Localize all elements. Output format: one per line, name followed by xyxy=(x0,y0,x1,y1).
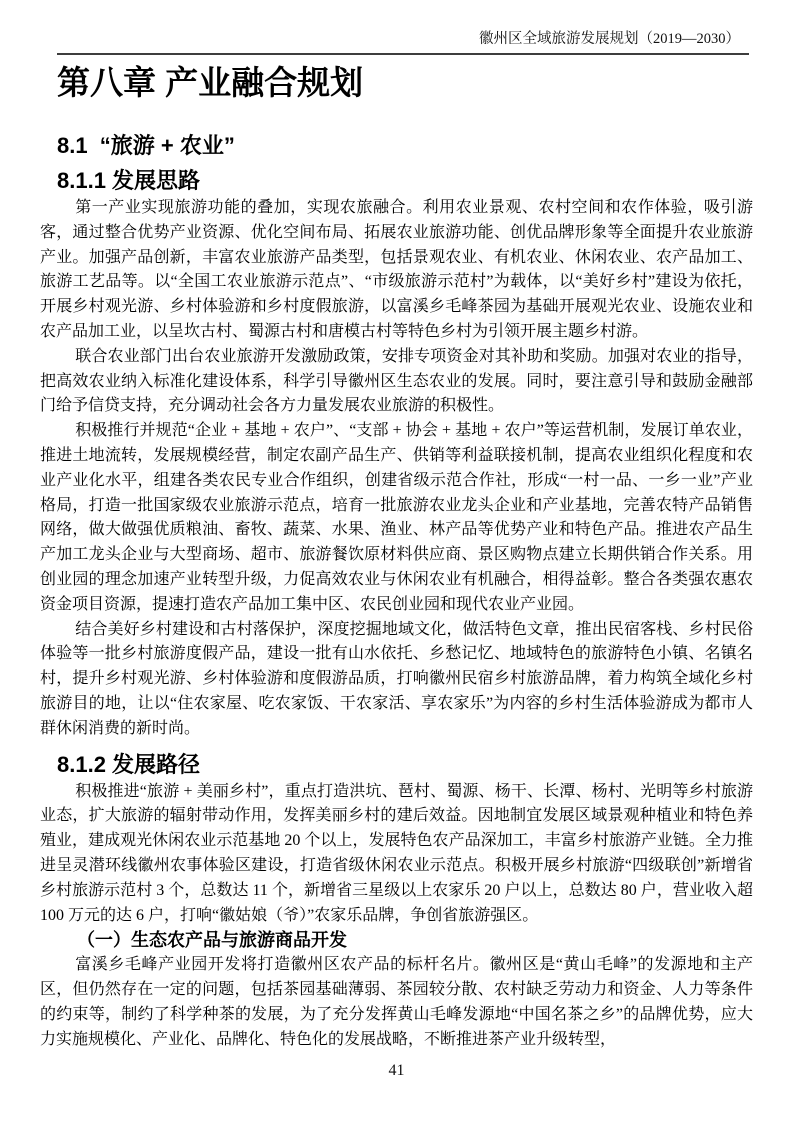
document-page: 徽州区全域旅游发展规划（2019—2030） 第八章 产业融合规划 8.1 “旅… xyxy=(0,0,793,1122)
paragraph-8-1-1-3: 积极推行并规范“企业 + 基地 + 农户”、“支部 + 协会 + 基地 + 农户… xyxy=(40,419,753,617)
section-title-8-1: 8.1 “旅游 + 农业” xyxy=(57,131,753,161)
page-footer: 41 xyxy=(0,1062,793,1080)
page-number: 41 xyxy=(389,1062,405,1079)
paragraph-8-1-1-1: 第一产业实现旅游功能的叠加，实现农旅融合。利用农业景观、农村空间和农作体验，吸引… xyxy=(40,196,753,345)
paragraph-8-1-2-1: 积极推进“旅游 + 美丽乡村”，重点打造洪坑、琶村、蜀源、杨干、长潭、杨村、光明… xyxy=(40,780,753,929)
running-header-title: 徽州区全域旅游发展规划（2019—2030） xyxy=(57,30,749,48)
page-content: 第八章 产业融合规划 8.1 “旅游 + 农业” 8.1.1 发展思路 第一产业… xyxy=(40,64,753,1053)
chapter-title: 第八章 产业融合规划 xyxy=(57,64,753,102)
item-heading-eco-agriculture: （一）生态农产品与旅游商品开发 xyxy=(40,928,753,953)
paragraph-8-1-1-2: 联合农业部门出台农业旅游开发激励政策，安排专项资金对其补助和奖励。加强对农业的指… xyxy=(40,345,753,419)
subsection-title-8-1-2: 8.1.2 发展路径 xyxy=(57,750,753,780)
paragraph-8-1-1-4: 结合美好乡村建设和古村落保护，深度挖掘地域文化，做活特色文章，推出民宿客栈、乡村… xyxy=(40,618,753,742)
subsection-title-8-1-1: 8.1.1 发展思路 xyxy=(57,166,753,196)
page-header: 徽州区全域旅游发展规划（2019—2030） xyxy=(57,30,749,55)
paragraph-eco-agriculture-1: 富溪乡毛峰产业园开发将打造徽州区农产品的标杆名片。徽州区是“黄山毛峰”的发源地和… xyxy=(40,953,753,1052)
